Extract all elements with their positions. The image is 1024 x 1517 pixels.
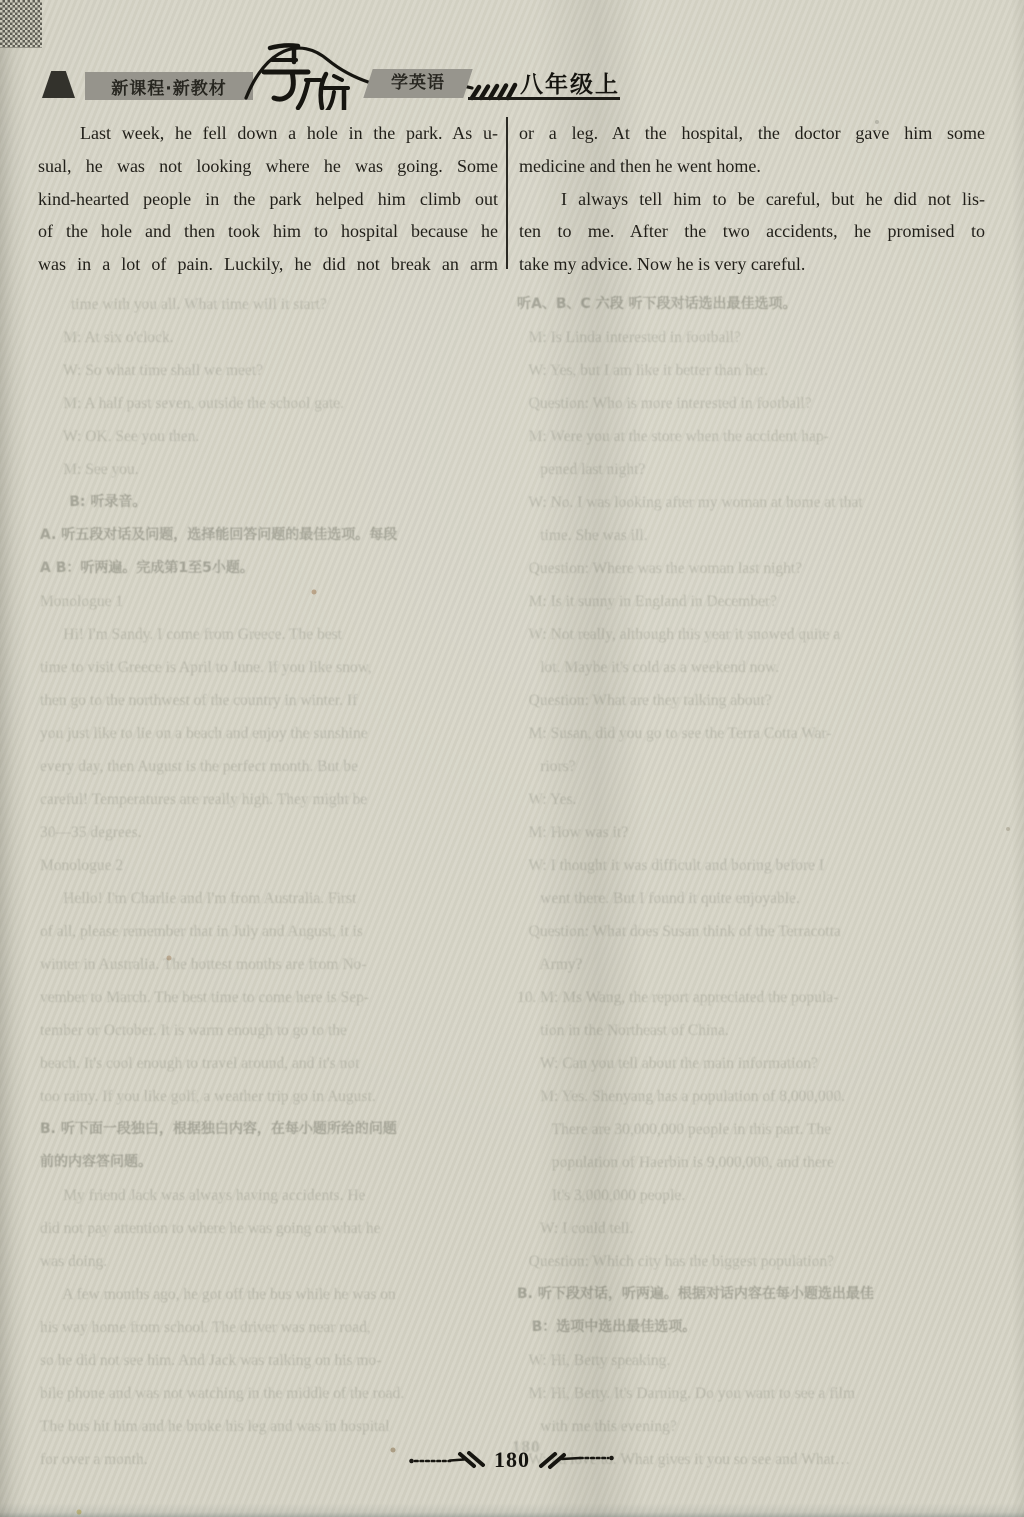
article-line: ten to me. After the two accidents, he p… bbox=[519, 215, 985, 248]
column-divider-line bbox=[506, 117, 508, 269]
ghost-line: M: Susan, did you go to see the Terra Co… bbox=[517, 717, 1019, 750]
ghost-line: too rainy. If you like golf, a weather t… bbox=[40, 1080, 510, 1113]
ghost-line: A B：听两遍。完成第1至5小题。 bbox=[40, 552, 510, 585]
ghost-line: B. 听下段对话，听两遍。根据对话内容在每小题选出最佳 bbox=[517, 1278, 1019, 1311]
ghost-line: you just like to lie on a beach and enjo… bbox=[40, 717, 510, 750]
ghost-line: was doing. bbox=[40, 1245, 510, 1278]
ghost-line: careful! Temperatures are really high. T… bbox=[40, 783, 510, 816]
ghost-line: W: Yes. bbox=[517, 783, 1019, 816]
ghost-line: Monologue 2 bbox=[40, 849, 510, 882]
article-line: medicine and then he went home. bbox=[519, 150, 985, 183]
ghost-line: his way home from school. The driver was… bbox=[40, 1311, 510, 1344]
ghost-line: 10. M: Ms Wang, the report appreciated t… bbox=[517, 981, 1019, 1014]
article-column-left: Last week, he fell down a hole in the pa… bbox=[38, 117, 498, 281]
ghost-line: W: OK. See you then. bbox=[40, 420, 510, 453]
header-subject-band: 学英语 bbox=[363, 69, 472, 98]
ghost-line: lot. Maybe it's cold as a weekend now. bbox=[517, 651, 1019, 684]
ghost-line: Question: Where was the woman last night… bbox=[517, 552, 1019, 585]
bleedthrough-column-right: 听A、B、C 六段 听下段对话选出最佳选项。 M: Is Linda inter… bbox=[517, 288, 1019, 1476]
article-line: of the hole and then took him to hospita… bbox=[38, 215, 498, 248]
ghost-line: W: Can you tell about the main informati… bbox=[517, 1047, 1019, 1080]
footer-right-decoration bbox=[536, 1450, 616, 1470]
ghost-line: tion in the Northeast of China. bbox=[517, 1014, 1019, 1047]
ghost-line: bile phone and was not watching in the m… bbox=[40, 1377, 510, 1410]
halftone-corner-pattern bbox=[0, 0, 42, 48]
ghost-line: winter in Australia. The hottest months … bbox=[40, 948, 510, 981]
ghost-line: M: At six o'clock. bbox=[40, 321, 510, 354]
scanned-textbook-page: 新课程·新教材 导航 学英语 八年级上 Last week, he fell d… bbox=[0, 0, 1024, 1517]
ghost-line: went there. But I found it quite enjoyab… bbox=[517, 882, 1019, 915]
ghost-line: B. 听下面一段独白，根据独白内容，在每小题所给的问题 bbox=[40, 1113, 510, 1146]
ghost-line: M: Hi, Betty. It's Darning. Do you want … bbox=[517, 1377, 1019, 1410]
ghost-line: Army? bbox=[517, 948, 1019, 981]
ghost-line: The bus hit him and he broke his leg and… bbox=[40, 1410, 510, 1443]
ghost-line: M: Yes. Shenyang has a population of 8,0… bbox=[517, 1080, 1019, 1113]
article-line: kind-hearted people in the park helped h… bbox=[38, 183, 498, 216]
article-line: Last week, he fell down a hole in the pa… bbox=[38, 117, 498, 150]
article-line: take my advice. Now he is very careful. bbox=[519, 248, 985, 281]
ghost-line: 前的内容答问题。 bbox=[40, 1146, 510, 1179]
ghost-line: Monologue 1 bbox=[40, 585, 510, 618]
ghost-line: W: I thought it was difficult and boring… bbox=[517, 849, 1019, 882]
ghost-line: M: See you. bbox=[40, 453, 510, 486]
ghost-line: Question: Who is more interested in foot… bbox=[517, 387, 1019, 420]
ghost-line: A few months ago, he got off the bus whi… bbox=[40, 1278, 510, 1311]
ghost-line: riors? bbox=[517, 750, 1019, 783]
ghost-line: B：选项中选出最佳选项。 bbox=[517, 1311, 1019, 1344]
ghost-line: time with you all. What time will it sta… bbox=[40, 288, 510, 321]
ghost-line: My friend Jack was always having acciden… bbox=[40, 1179, 510, 1212]
ghost-line: M: Is Linda interested in football? bbox=[517, 321, 1019, 354]
article-line: I always tell him to be careful, but he … bbox=[519, 183, 985, 216]
ghost-line: with me this evening? bbox=[517, 1410, 1019, 1443]
header-series-band: 新课程·新教材 bbox=[85, 72, 253, 100]
ghost-line: W: I could tell. bbox=[517, 1212, 1019, 1245]
ghost-line: B: 听录音。 bbox=[40, 486, 510, 519]
page-number: 180 bbox=[494, 1447, 530, 1473]
article-line: was in a lot of pain. Luckily, he did no… bbox=[38, 248, 498, 281]
ghost-line: It's 3,000,000 people. bbox=[517, 1179, 1019, 1212]
ghost-line: Question: Which city has the biggest pop… bbox=[517, 1245, 1019, 1278]
ghost-line: beach. It's cool enough to travel around… bbox=[40, 1047, 510, 1080]
ghost-line: M: Were you at the store when the accide… bbox=[517, 420, 1019, 453]
ghost-line: M: Is it sunny in England in December? bbox=[517, 585, 1019, 618]
article-line: or a leg. At the hospital, the doctor ga… bbox=[519, 117, 985, 150]
ghost-line: There are 30,000,000 people in this part… bbox=[517, 1113, 1019, 1146]
ghost-line: Question: What are they talking about? bbox=[517, 684, 1019, 717]
ghost-line: M: A half past seven, outside the school… bbox=[40, 387, 510, 420]
subject-title: 学英语 bbox=[368, 69, 468, 98]
ghost-line: W: Yes, but I am like it better than her… bbox=[517, 354, 1019, 387]
ghost-line: 30—35 degrees. bbox=[40, 816, 510, 849]
ghost-line: vember to March. The best time to come h… bbox=[40, 981, 510, 1014]
paper-specks bbox=[0, 0, 2, 2]
header-trapezoid-mark bbox=[42, 71, 75, 98]
ghost-line: time to visit Greece is April to June. I… bbox=[40, 651, 510, 684]
ghost-line: W: So what time shall we meet? bbox=[40, 354, 510, 387]
ghost-line: so he did not see him. And Jack was talk… bbox=[40, 1344, 510, 1377]
ghost-line: W: Hi, Betty speaking. bbox=[517, 1344, 1019, 1377]
ghost-line: W: Not really, although this year it sno… bbox=[517, 618, 1019, 651]
ghost-line: pened last night? bbox=[517, 453, 1019, 486]
ghost-line: time. She was ill. bbox=[517, 519, 1019, 552]
ghost-line: Hello! I'm Charlie and I'm from Australi… bbox=[40, 882, 510, 915]
ghost-line: population of Haerbin is 9,000,000, and … bbox=[517, 1146, 1019, 1179]
ghost-line: 听A、B、C 六段 听下段对话选出最佳选项。 bbox=[517, 288, 1019, 321]
ghost-line: Question: What does Susan think of the T… bbox=[517, 915, 1019, 948]
header-rule-line bbox=[468, 97, 620, 100]
ghost-line: Hi! I'm Sandy. I come from Greece. The b… bbox=[40, 618, 510, 651]
ghost-line: M: How was it? bbox=[517, 816, 1019, 849]
bleedthrough-column-left: time with you all. What time will it sta… bbox=[40, 288, 510, 1476]
ghost-line: tember or October. It is warm enough to … bbox=[40, 1014, 510, 1047]
ghost-line: of all, please remember that in July and… bbox=[40, 915, 510, 948]
ghost-line: W: No. I was looking after my woman at h… bbox=[517, 486, 1019, 519]
ghost-line: then go to the northwest of the country … bbox=[40, 684, 510, 717]
ghost-line: A. 听五段对话及问题，选择能回答问题的最佳选项。每段 bbox=[40, 519, 510, 552]
article-column-right: or a leg. At the hospital, the doctor ga… bbox=[519, 117, 985, 281]
series-title: 新课程·新教材 bbox=[111, 74, 226, 99]
article-line: sual, he was not looking where he was go… bbox=[38, 150, 498, 183]
ghost-line: did not pay attention to where he was go… bbox=[40, 1212, 510, 1245]
footer: 180 bbox=[0, 1447, 1024, 1473]
ghost-line: every day, then August is the perfect mo… bbox=[40, 750, 510, 783]
grade-label: 八年级上 bbox=[520, 66, 620, 99]
footer-left-decoration bbox=[408, 1450, 488, 1470]
